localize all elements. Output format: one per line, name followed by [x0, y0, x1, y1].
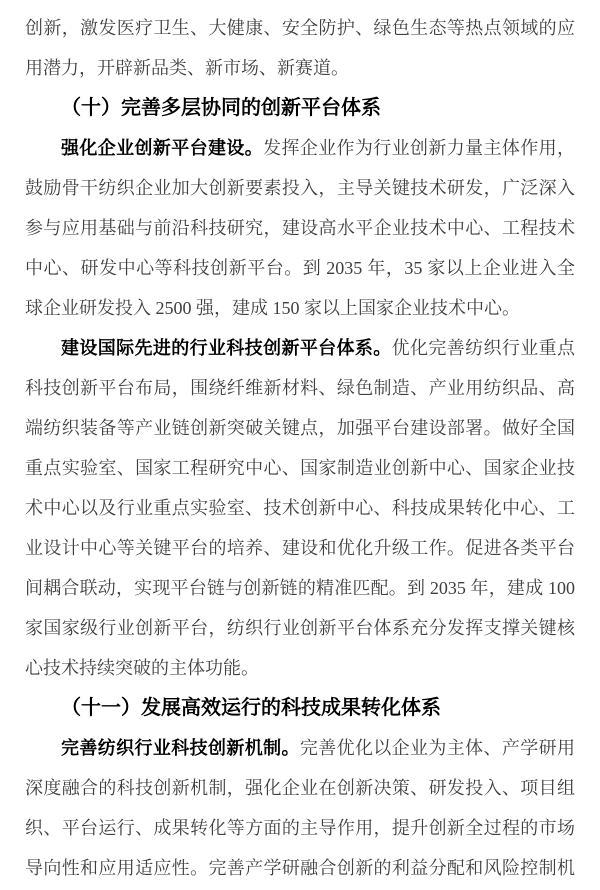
text-line: 家国家级行业创新平台，纺织行业创新平台体系充分发挥支撑关键核 — [25, 608, 575, 648]
paragraph: 建设国际先进的行业科技创新平台体系。优化完善纺织行业重点科技创新平台布局，围绕纤… — [25, 328, 575, 688]
document-body: 创新，激发医疗卫生、大健康、安全防护、绿色生态等热点领域的应用潜力，开辟新品类、… — [25, 8, 575, 888]
body-text: 中心、研发中心等科技创新平台。到 2035 年，35 家以上企业进入全 — [25, 258, 575, 278]
text-line: 深度融合的科技创新机制，强化企业在创新决策、研发投入、项目组 — [25, 768, 575, 808]
body-text: 深度融合的科技创新机制，强化企业在创新决策、研发投入、项目组 — [25, 778, 575, 798]
text-line: 端纺织装备等产业链创新突破关键点，加强平台建设部署。做好全国 — [25, 408, 575, 448]
text-line: （十一）发展高效运行的科技成果转化体系 — [25, 688, 575, 728]
body-text: 家国家级行业创新平台，纺织行业创新平台体系充分发挥支撑关键核 — [25, 618, 575, 638]
text-line: 重点实验室、国家工程研究中心、国家制造业创新中心、国家企业技 — [25, 448, 575, 488]
bold-lead-text: （十）完善多层协同的创新平台体系 — [61, 97, 381, 119]
body-text: 创新，激发医疗卫生、大健康、安全防护、绿色生态等热点领域的应 — [25, 18, 575, 38]
text-line: （十）完善多层协同的创新平台体系 — [25, 88, 575, 128]
document-page: 创新，激发医疗卫生、大健康、安全防护、绿色生态等热点领域的应用潜力，开辟新品类、… — [0, 0, 600, 890]
text-line: 完善纺织行业科技创新机制。完善优化以企业为主体、产学研用 — [25, 728, 575, 768]
text-line: 中心、研发中心等科技创新平台。到 2035 年，35 家以上企业进入全 — [25, 248, 575, 288]
body-text: 鼓励骨干纺织企业加大创新要素投入，主导关键技术研发，广泛深入 — [25, 178, 575, 198]
bold-lead-text: 强化企业创新平台建设。 — [61, 138, 263, 158]
text-line: 球企业研发投入 2500 强，建成 150 家以上国家企业技术中心。 — [25, 288, 575, 328]
paragraph: 强化企业创新平台建设。发挥企业作为行业创新力量主体作用，鼓励骨干纺织企业加大创新… — [25, 128, 575, 328]
text-line: 强化企业创新平台建设。发挥企业作为行业创新力量主体作用， — [25, 128, 575, 168]
body-text: 发挥企业作为行业创新力量主体作用， — [263, 138, 575, 158]
text-line: 创新，激发医疗卫生、大健康、安全防护、绿色生态等热点领域的应 — [25, 8, 575, 48]
body-text: 完善优化以企业为主体、产学研用 — [300, 738, 575, 758]
bold-lead-text: 完善纺织行业科技创新机制。 — [61, 738, 300, 758]
text-line: 心技术持续突破的主体功能。 — [25, 648, 575, 688]
text-line: 参与应用基础与前沿科技研究，建设高水平企业技术中心、工程技术 — [25, 208, 575, 248]
body-text: 参与应用基础与前沿科技研究，建设高水平企业技术中心、工程技术 — [25, 218, 575, 238]
text-line: 用潜力，开辟新品类、新市场、新赛道。 — [25, 48, 575, 88]
body-text: 织、平台运行、成果转化等方面的主导作用，提升创新全过程的市场 — [25, 818, 575, 838]
text-line: 术中心以及行业重点实验室、技术创新中心、科技成果转化中心、工 — [25, 488, 575, 528]
bold-lead-text: （十一）发展高效运行的科技成果转化体系 — [61, 697, 441, 719]
section-heading: （十）完善多层协同的创新平台体系 — [25, 88, 575, 128]
bold-lead-text: 建设国际先进的行业科技创新平台体系。 — [61, 338, 392, 358]
text-line: 业设计中心等关键平台的培养、建设和优化升级工作。促进各类平台 — [25, 528, 575, 568]
body-text: 端纺织装备等产业链创新突破关键点，加强平台建设部署。做好全国 — [25, 418, 575, 438]
text-line: 导向性和应用适应性。完善产学研融合创新的利益分配和风险控制机 — [25, 848, 575, 888]
text-line: 科技创新平台布局，围绕纤维新材料、绿色制造、产业用纺织品、高 — [25, 368, 575, 408]
body-text: 术中心以及行业重点实验室、技术创新中心、科技成果转化中心、工 — [25, 498, 575, 518]
text-line: 鼓励骨干纺织企业加大创新要素投入，主导关键技术研发，广泛深入 — [25, 168, 575, 208]
body-text: 科技创新平台布局，围绕纤维新材料、绿色制造、产业用纺织品、高 — [25, 378, 575, 398]
text-line: 建设国际先进的行业科技创新平台体系。优化完善纺织行业重点 — [25, 328, 575, 368]
body-text: 重点实验室、国家工程研究中心、国家制造业创新中心、国家企业技 — [25, 458, 575, 478]
text-line: 间耦合联动，实现平台链与创新链的精准匹配。到 2035 年，建成 100 — [25, 568, 575, 608]
section-heading: （十一）发展高效运行的科技成果转化体系 — [25, 688, 575, 728]
body-text: 心技术持续突破的主体功能。 — [25, 658, 259, 678]
body-text: 球企业研发投入 2500 强，建成 150 家以上国家企业技术中心。 — [25, 298, 520, 318]
paragraph: 创新，激发医疗卫生、大健康、安全防护、绿色生态等热点领域的应用潜力，开辟新品类、… — [25, 8, 575, 88]
body-text: 导向性和应用适应性。完善产学研融合创新的利益分配和风险控制机 — [25, 858, 575, 878]
body-text: 用潜力，开辟新品类、新市场、新赛道。 — [25, 58, 349, 78]
paragraph: 完善纺织行业科技创新机制。完善优化以企业为主体、产学研用深度融合的科技创新机制，… — [25, 728, 575, 888]
body-text: 间耦合联动，实现平台链与创新链的精准匹配。到 2035 年，建成 100 — [25, 578, 575, 598]
body-text: 业设计中心等关键平台的培养、建设和优化升级工作。促进各类平台 — [25, 538, 575, 558]
body-text: 优化完善纺织行业重点 — [392, 338, 575, 358]
text-line: 织、平台运行、成果转化等方面的主导作用，提升创新全过程的市场 — [25, 808, 575, 848]
